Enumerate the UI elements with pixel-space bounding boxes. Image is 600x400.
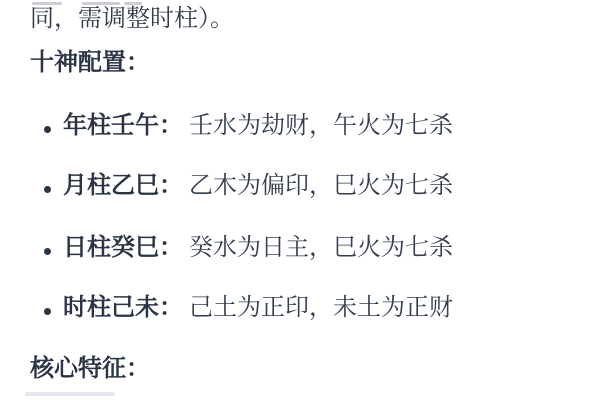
section-heading-ten-gods: 十神配置： <box>30 50 150 76</box>
list-item-month-pillar: 月柱乙巳：乙木为偏印，巳火为七杀 <box>63 173 453 199</box>
bullet-dot-icon <box>44 308 51 315</box>
partial-sentence-line: 同，需调整时柱）。 <box>30 6 234 32</box>
bullet-dot-icon <box>44 248 51 255</box>
pillar-label: 时柱己未： <box>63 294 183 321</box>
pillar-description: 乙木为偏印，巳火为七杀 <box>189 172 453 199</box>
bullet-dot-icon <box>44 126 51 133</box>
bottom-cutoff-text-fragment <box>25 392 115 396</box>
pillar-description: 癸水为日主，巳火为七杀 <box>189 234 453 261</box>
document-page: 同，需调整时柱）。 十神配置： 年柱壬午：壬水为劫财，午火为七杀 月柱乙巳：乙木… <box>0 0 600 400</box>
pillar-label: 年柱壬午： <box>63 112 183 139</box>
section-heading-core-traits: 核心特征： <box>30 356 150 382</box>
pillar-label: 月柱乙巳： <box>63 172 183 199</box>
bullet-dot-icon <box>44 186 51 193</box>
pillar-description: 己土为正印，未土为正财 <box>189 294 453 321</box>
list-item-year-pillar: 年柱壬午：壬水为劫财，午火为七杀 <box>63 113 453 139</box>
pillar-label: 日柱癸巳： <box>63 234 183 261</box>
list-item-day-pillar: 日柱癸巳：癸水为日主，巳火为七杀 <box>63 235 453 261</box>
list-item-hour-pillar: 时柱己未：己土为正印，未土为正财 <box>63 295 453 321</box>
pillar-description: 壬水为劫财，午火为七杀 <box>189 112 453 139</box>
